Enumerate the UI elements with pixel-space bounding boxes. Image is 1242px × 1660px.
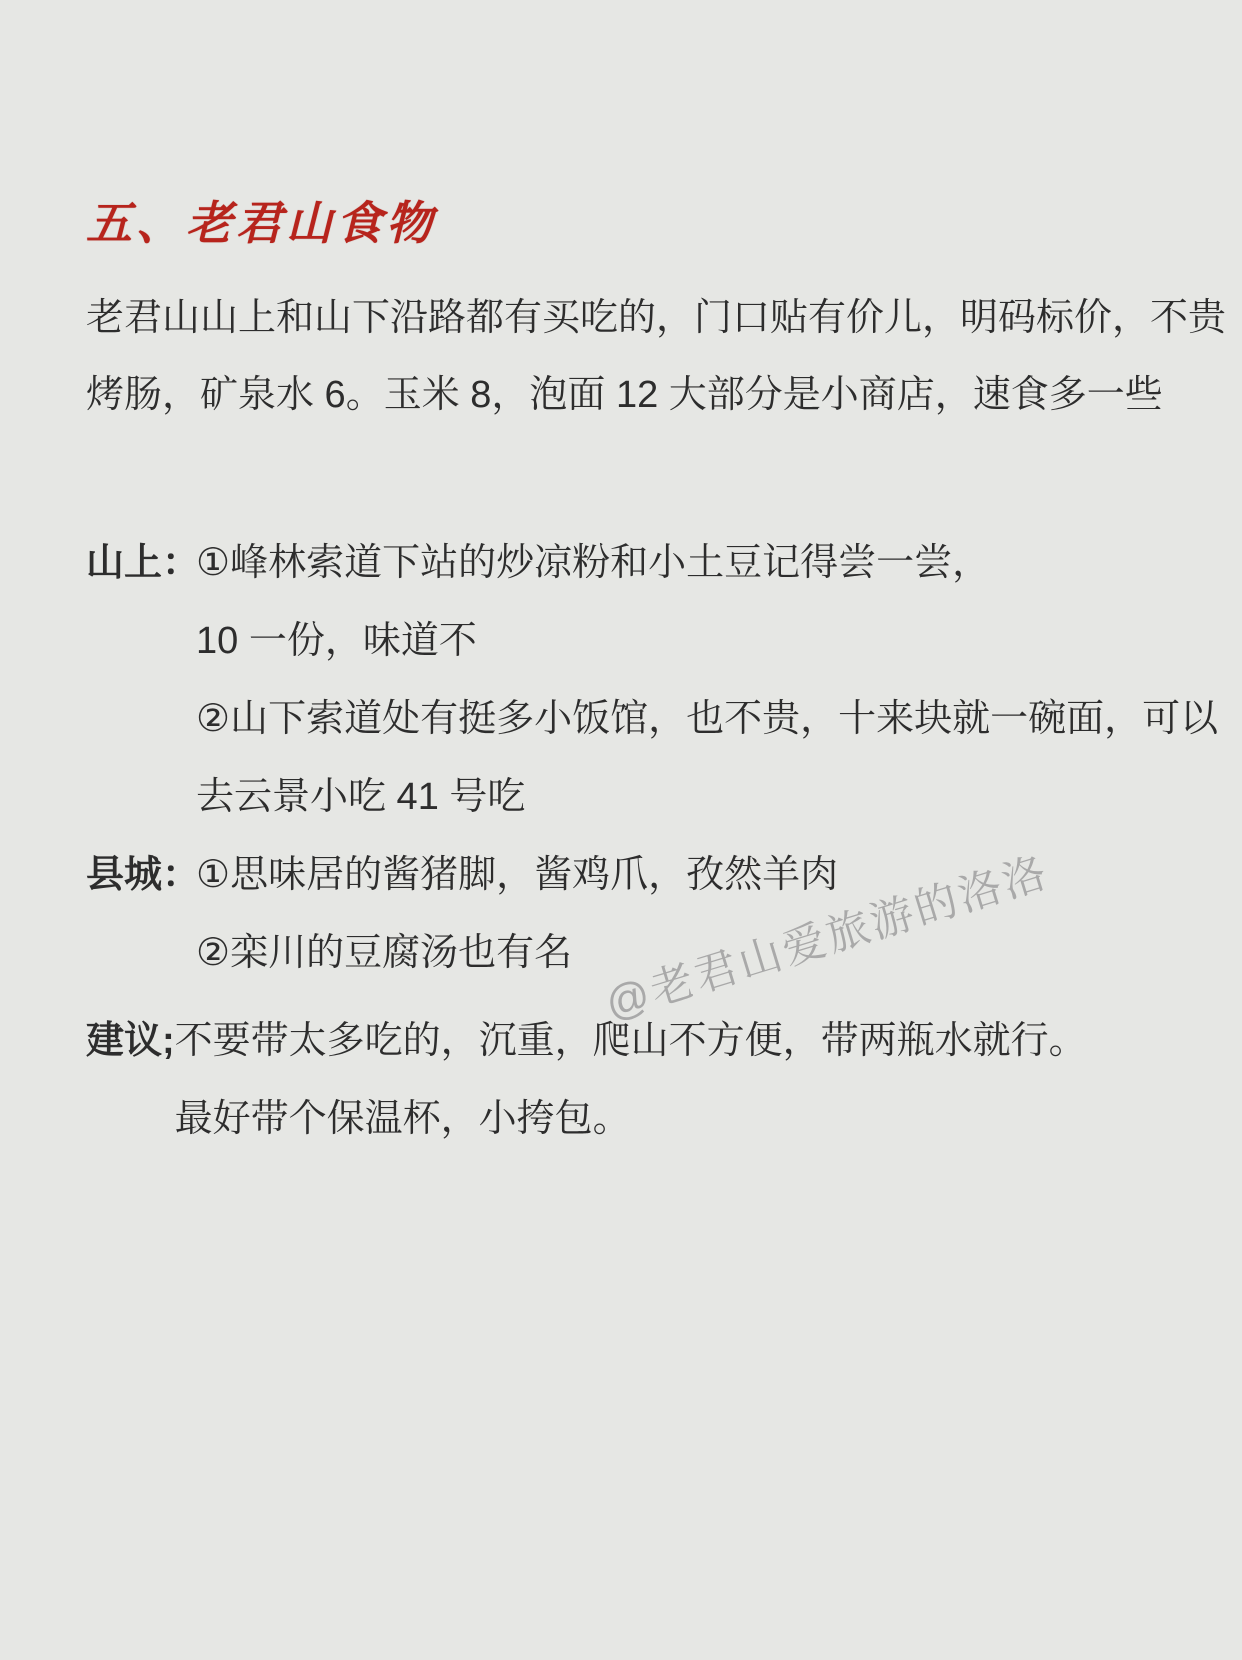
tip-row-label: 建议; — [86, 1002, 175, 1080]
tip-line: ②山下索道处有挺多小饭馆，也不贵，十来块就一碗面，可以 — [196, 680, 1176, 758]
tip-row-lines: ①峰林索道下站的炒凉粉和小土豆记得尝一尝， 10 一份，味道不 ②山下索道处有挺… — [196, 524, 1176, 836]
tip-row-mountain: 山上： ①峰林索道下站的炒凉粉和小土豆记得尝一尝， 10 一份，味道不 ②山下索… — [86, 524, 1176, 836]
tip-line: ①峰林索道下站的炒凉粉和小土豆记得尝一尝， — [196, 524, 1176, 602]
intro-line: 烤肠，矿泉水 6。玉米 8，泡面 12 大部分是小商店，速食多一些 — [86, 357, 1176, 434]
tip-row-lines: 不要带太多吃的，沉重，爬山不方便，带两瓶水就行。 最好带个保温杯，小挎包。 — [175, 1002, 1176, 1158]
tip-row-label: 山上： — [86, 524, 196, 602]
section-title: 五、老君山食物 — [86, 196, 1176, 250]
note-page: 五、老君山食物 老君山山上和山下沿路都有买吃的，门口贴有价儿，明码标价，不贵 烤… — [0, 0, 1242, 1660]
tip-row-label: 县城： — [86, 836, 196, 914]
tips-list: 山上： ①峰林索道下站的炒凉粉和小土豆记得尝一尝， 10 一份，味道不 ②山下索… — [86, 524, 1176, 1158]
tip-line: 10 一份，味道不 — [196, 602, 1176, 680]
intro-line: 老君山山上和山下沿路都有买吃的，门口贴有价儿，明码标价，不贵 — [86, 280, 1176, 357]
tip-line: 去云景小吃 41 号吃 — [196, 758, 1176, 836]
tip-line: 最好带个保温杯，小挎包。 — [175, 1080, 1176, 1158]
intro-paragraph: 老君山山上和山下沿路都有买吃的，门口贴有价儿，明码标价，不贵 烤肠，矿泉水 6。… — [86, 280, 1176, 434]
tip-line: 不要带太多吃的，沉重，爬山不方便，带两瓶水就行。 — [175, 1002, 1176, 1080]
